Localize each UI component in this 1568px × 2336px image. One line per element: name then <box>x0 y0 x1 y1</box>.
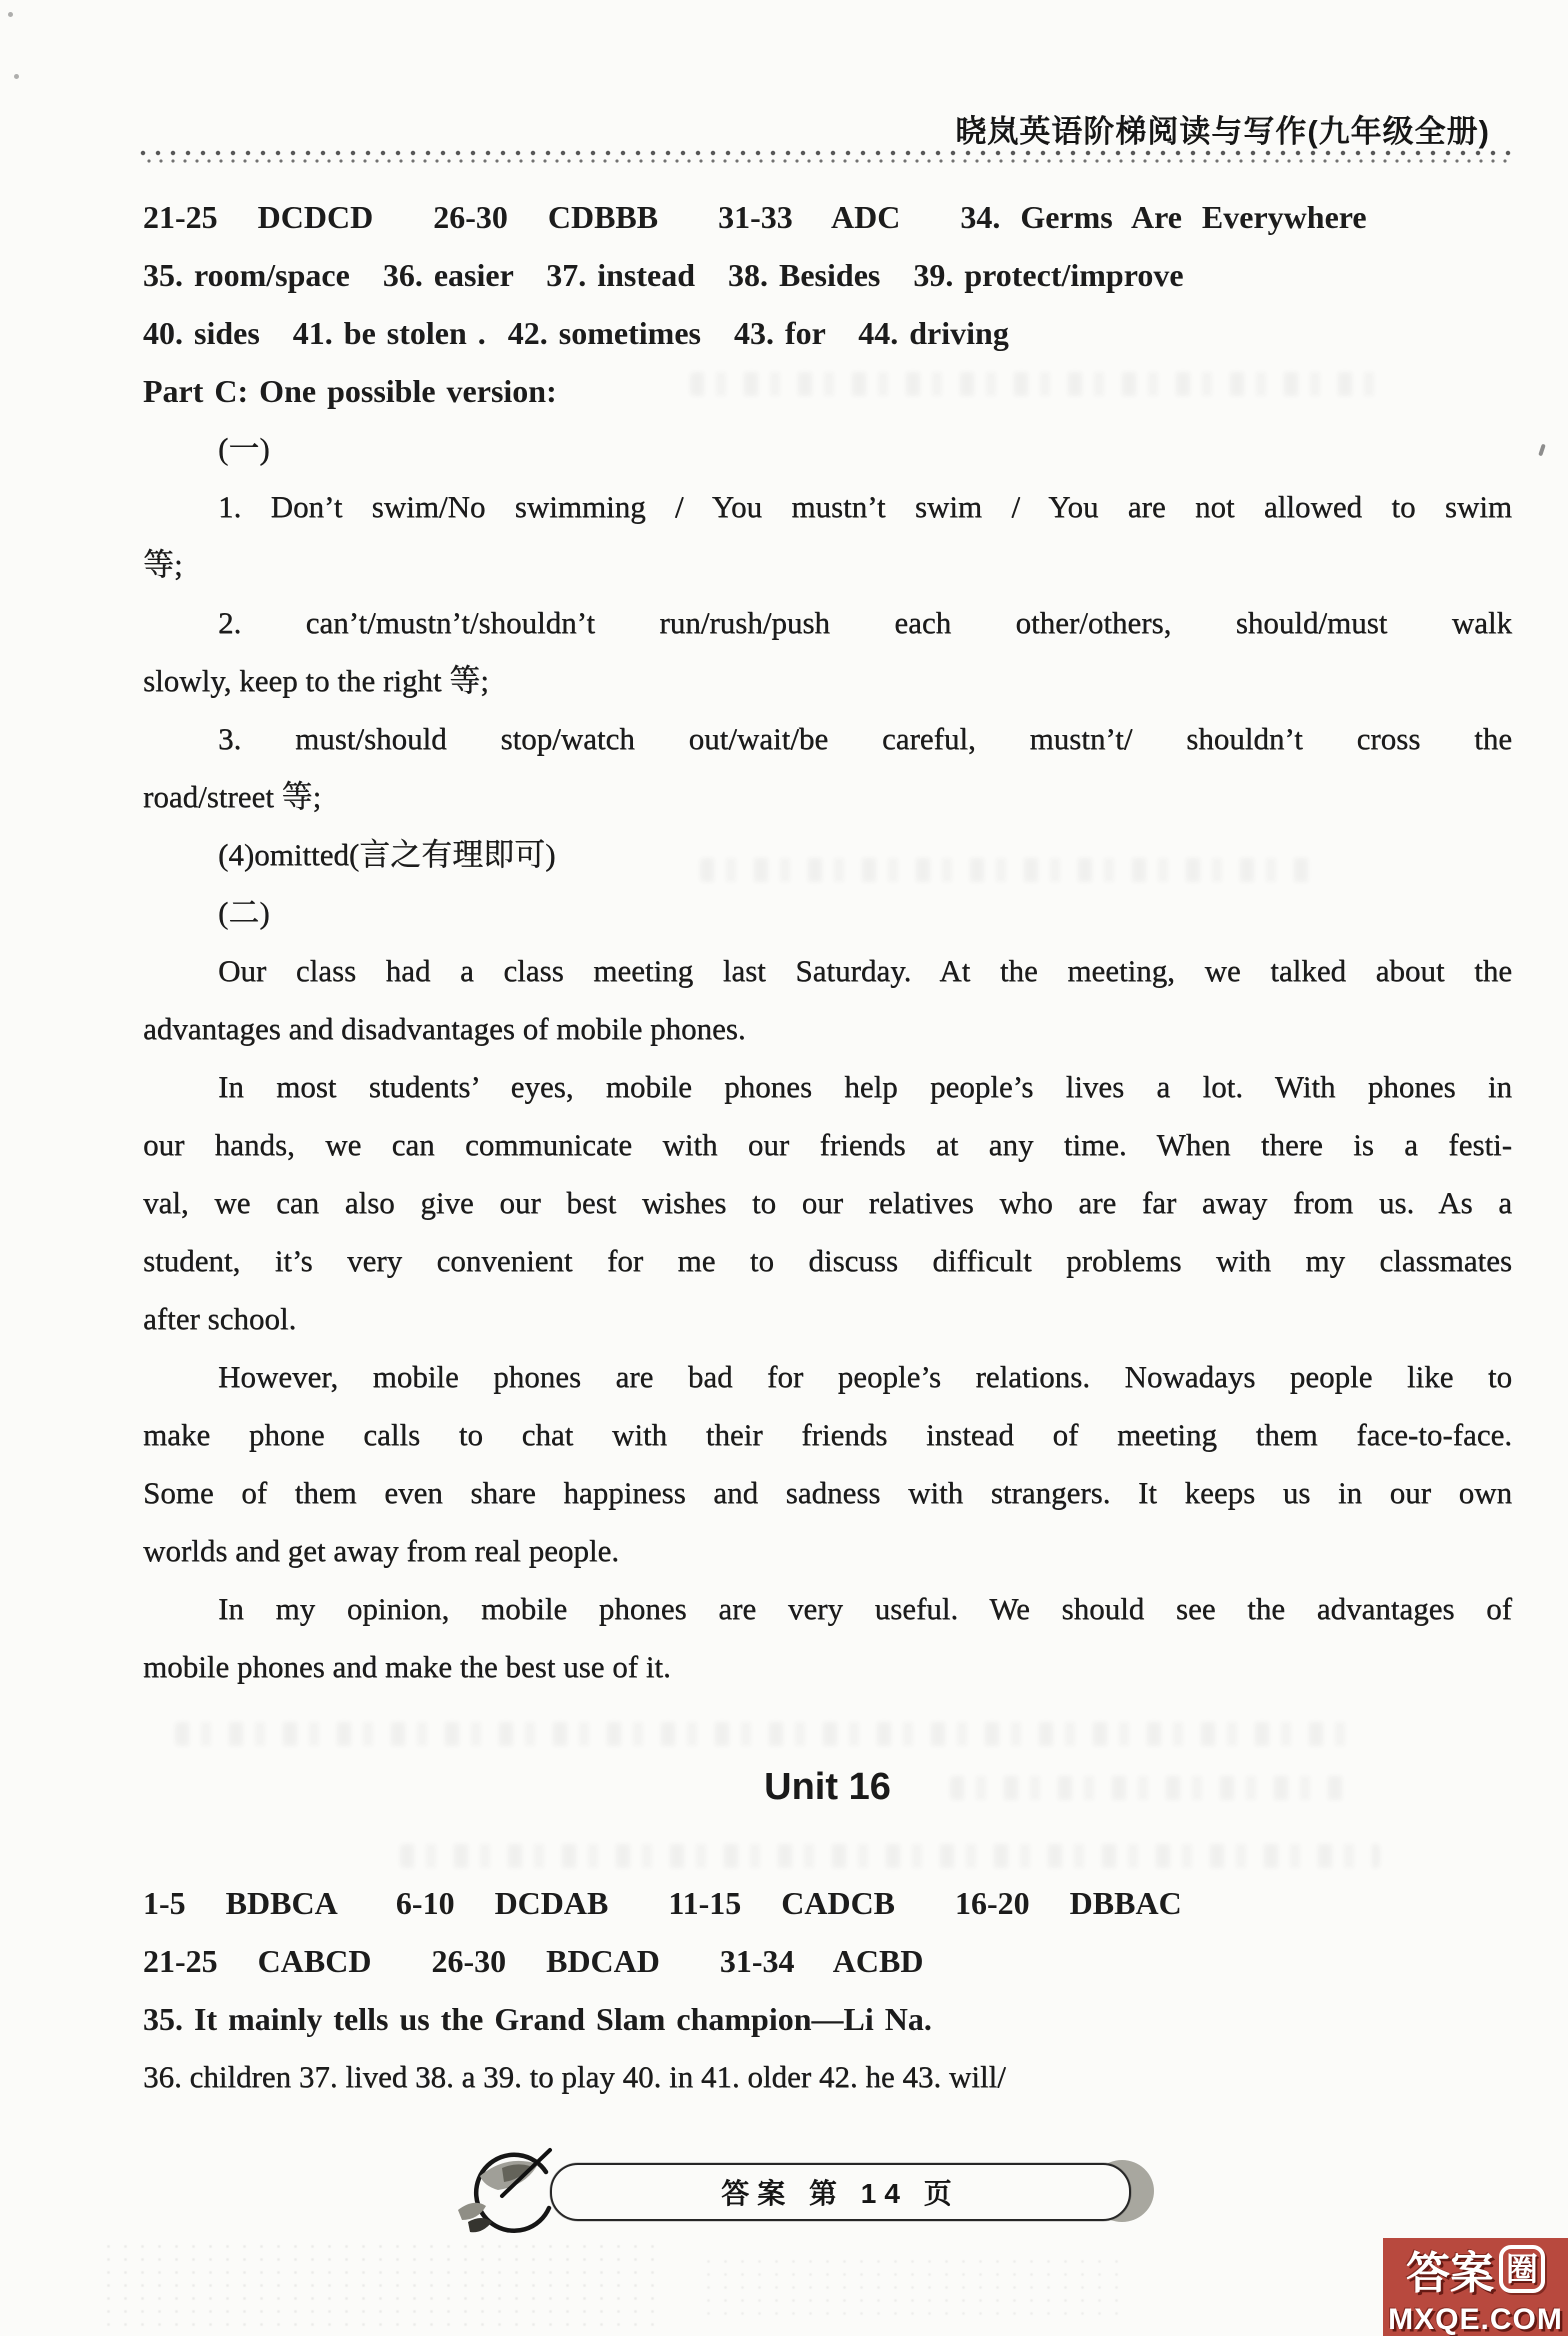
bleed-through-smudge <box>400 1844 1380 1868</box>
text-line: 21-25 DCDCD 26-30 CDBBB 31-33 ADC 34. Ge… <box>143 188 1512 246</box>
header-divider-dotted-rule <box>140 150 1512 166</box>
bleed-through-smudge <box>690 372 1380 396</box>
bleed-through-smudge <box>700 2255 1120 2325</box>
unit15-answer-block: 21-25 DCDCD 26-30 CDBBB 31-33 ADC 34. Ge… <box>143 188 1512 1696</box>
bleed-through-smudge <box>950 1776 1350 1800</box>
text-line: However, mobile phones are bad for peopl… <box>143 1348 1512 1406</box>
text-line: (二) <box>143 884 1512 942</box>
page-number-pill: 答案 第 14 页 <box>550 2163 1131 2221</box>
scanned-answer-page: 晓岚英语阶梯阅读与写作(九年级全册) 21-25 DCDCD 26-30 CDB… <box>0 0 1568 2336</box>
text-line: mobile phones and make the best use of i… <box>143 1638 1512 1696</box>
bleed-through-smudge <box>175 1722 1355 1746</box>
scan-speck <box>1538 444 1546 457</box>
text-line: student, it’s very convenient for me to … <box>143 1232 1512 1290</box>
text-line: advantages and disadvantages of mobile p… <box>143 1000 1512 1058</box>
text-line: make phone calls to chat with their frie… <box>143 1406 1512 1464</box>
text-line: 1-5 BDBCA 6-10 DCDAB 11-15 CADCB 16-20 D… <box>143 1874 1512 1932</box>
text-line: 1. Don’t swim/No swimming / You mustn’t … <box>143 478 1512 536</box>
unit16-answer-block: 1-5 BDBCA 6-10 DCDAB 11-15 CADCB 16-20 D… <box>143 1874 1512 2106</box>
bleed-through-smudge <box>700 858 1320 882</box>
text-line: slowly, keep to the right 等; <box>143 652 1512 710</box>
text-line: road/street 等; <box>143 768 1512 826</box>
answer-site-watermark: 答案 圈 MXQE.COM <box>1383 2238 1568 2336</box>
text-line: In most students’ eyes, mobile phones he… <box>143 1058 1512 1116</box>
text-line: 36. children 37. lived 38. a 39. to play… <box>143 2048 1512 2106</box>
page-number-label: 答案 第 14 页 <box>721 2172 959 2212</box>
text-line: Some of them even share happiness and sa… <box>143 1464 1512 1522</box>
text-line: In my opinion, mobile phones are very us… <box>143 1580 1512 1638</box>
text-line: 21-25 CABCD 26-30 BDCAD 31-34 ACBD <box>143 1932 1512 1990</box>
text-line: (一) <box>143 420 1512 478</box>
watermark-brand-text: 答案 <box>1406 2237 1494 2301</box>
text-line: 40. sides 41. be stolen . 42. sometimes … <box>143 304 1512 362</box>
book-title: 晓岚英语阶梯阅读与写作(九年级全册) <box>955 106 1490 151</box>
text-line: after school. <box>143 1290 1512 1348</box>
answer-content: 21-25 DCDCD 26-30 CDBBB 31-33 ADC 34. Ge… <box>143 188 1512 2106</box>
scan-speck <box>8 12 13 17</box>
text-line: 35. room/space 36. easier 37. instead 38… <box>143 246 1512 304</box>
text-line: 等; <box>143 536 1512 594</box>
text-line: 3. must/should stop/watch out/wait/be ca… <box>143 710 1512 768</box>
watermark-brand-row: 答案 圈 <box>1406 2237 1545 2301</box>
pen-and-leaf-ornament-icon <box>450 2138 575 2243</box>
bleed-through-smudge <box>100 2240 660 2330</box>
text-line: worlds and get away from real people. <box>143 1522 1512 1580</box>
watermark-boxed-character: 圈 <box>1499 2245 1545 2293</box>
text-line: our hands, we can communicate with our f… <box>143 1116 1512 1174</box>
watermark-domain-text: MXQE.COM <box>1388 2303 1563 2336</box>
text-line: 2. can’t/mustn’t/shouldn’t run/rush/push… <box>143 594 1512 652</box>
text-line: 35. It mainly tells us the Grand Slam ch… <box>143 1990 1512 2048</box>
text-line: Our class had a class meeting last Satur… <box>143 942 1512 1000</box>
text-line: val, we can also give our best wishes to… <box>143 1174 1512 1232</box>
scan-speck <box>14 74 19 79</box>
